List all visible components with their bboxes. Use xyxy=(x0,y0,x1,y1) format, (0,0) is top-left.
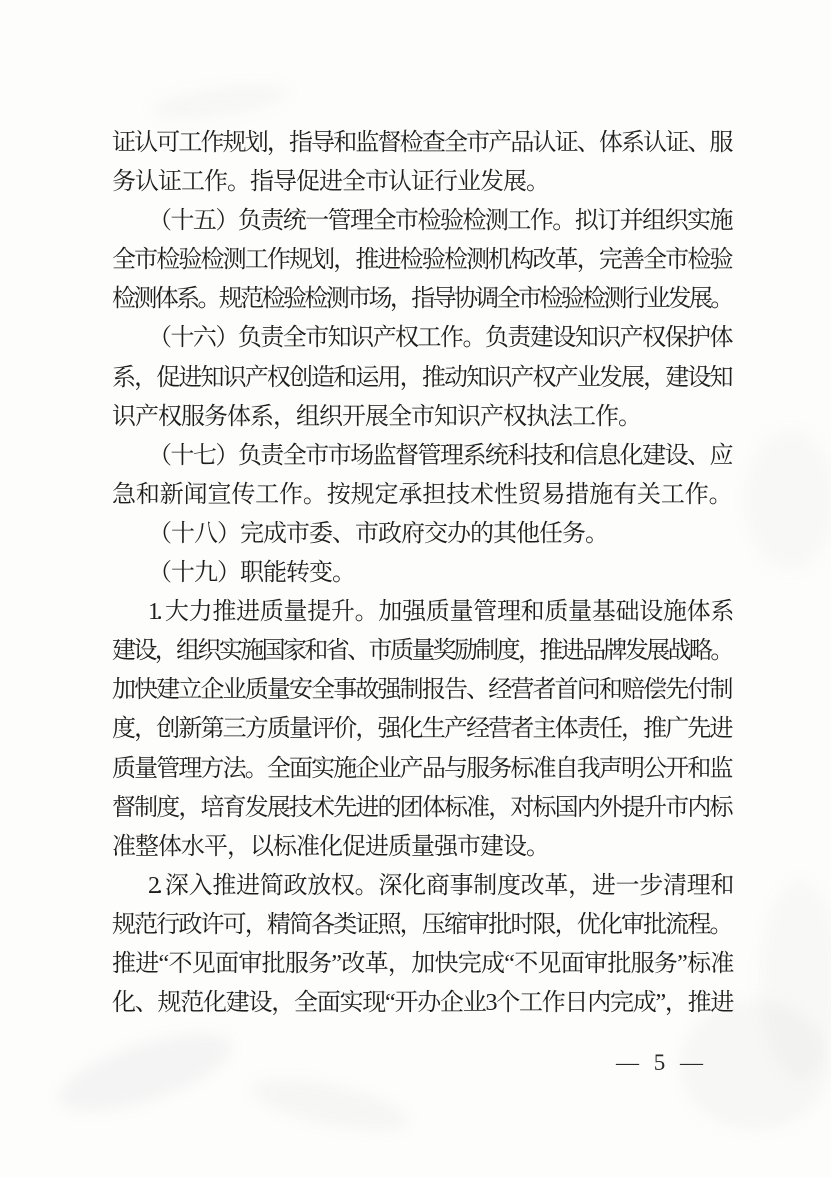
scan-smudge xyxy=(745,430,831,570)
document-line: 全市检验检测工作规划，推进检验检测机构改革，完善全市检验 xyxy=(112,241,731,280)
document-line: 1. 大力推进质量提升。加强质量管理和质量基础设施体系 xyxy=(112,593,731,632)
document-line: 建设，组织实施国家和省、市质量奖励制度，推进品牌发展战略。 xyxy=(112,632,731,671)
document-line: （十五）负责统一管理全市检验检测工作。拟订并组织实施 xyxy=(112,202,731,241)
document-line: 证认可工作规划，指导和监督检查全市产品认证、体系认证、服 xyxy=(112,124,731,163)
document-line: 急和新闻宣传工作。按规定承担技术性贸易措施有关工作。 xyxy=(112,476,731,515)
document-line: 度，创新第三方质量评价，强化生产经营者主体责任，推广先进 xyxy=(112,710,731,749)
document-line: 督制度，培育发展技术先进的团体标准，对标国内外提升市内标 xyxy=(112,789,731,828)
document-line: （十八）完成市委、市政府交办的其他任务。 xyxy=(112,515,731,554)
scan-smudge xyxy=(51,1019,239,1127)
document-line: （十九）职能转变。 xyxy=(112,554,731,593)
document-line: （十六）负责全市知识产权工作。负责建设知识产权保护体 xyxy=(112,319,731,358)
scan-smudge xyxy=(760,880,831,1080)
document-line: （十七）负责全市市场监督管理系统科技和信息化建设、应 xyxy=(112,437,731,476)
document-line: 务认证工作。指导促进全市认证行业发展。 xyxy=(112,163,731,202)
document-line: 规范行政许可，精简各类证照，压缩审批时限，优化审批流程。 xyxy=(112,906,731,945)
document-line: 2. 深入推进简政放权。深化商事制度改革，进一步清理和 xyxy=(112,867,731,906)
document-line: 加快建立企业质量安全事故强制报告、经营者首问和赔偿先付制 xyxy=(112,671,731,710)
document-line: 质量管理方法。全面实施企业产品与服务标准自我声明公开和监 xyxy=(112,750,731,789)
document-body: 证认可工作规划，指导和监督检查全市产品认证、体系认证、服务认证工作。指导促进全市… xyxy=(112,124,731,1023)
scan-smudge xyxy=(248,1069,413,1141)
document-line: 准整体水平，以标准化促进质量强市建设。 xyxy=(112,828,731,867)
scan-smudge xyxy=(149,78,292,125)
page-number: — 5 — xyxy=(616,1050,705,1076)
document-page: 证认可工作规划，指导和监督检查全市产品认证、体系认证、服务认证工作。指导促进全市… xyxy=(0,0,831,1177)
document-line: 检测体系。规范检验检测市场，指导协调全市检验检测行业发展。 xyxy=(112,280,731,319)
document-line: 推进“不见面审批服务”改革，加快完成“不见面审批服务”标准 xyxy=(112,945,731,984)
document-line: 化、规范化建设，全面实现“开办企业3个工作日内完成”，推进 xyxy=(112,984,731,1023)
document-line: 识产权服务体系，组织开展全市知识产权执法工作。 xyxy=(112,398,731,437)
document-line: 系，促进知识产权创造和运用，推动知识产权产业发展，建设知 xyxy=(112,359,731,398)
